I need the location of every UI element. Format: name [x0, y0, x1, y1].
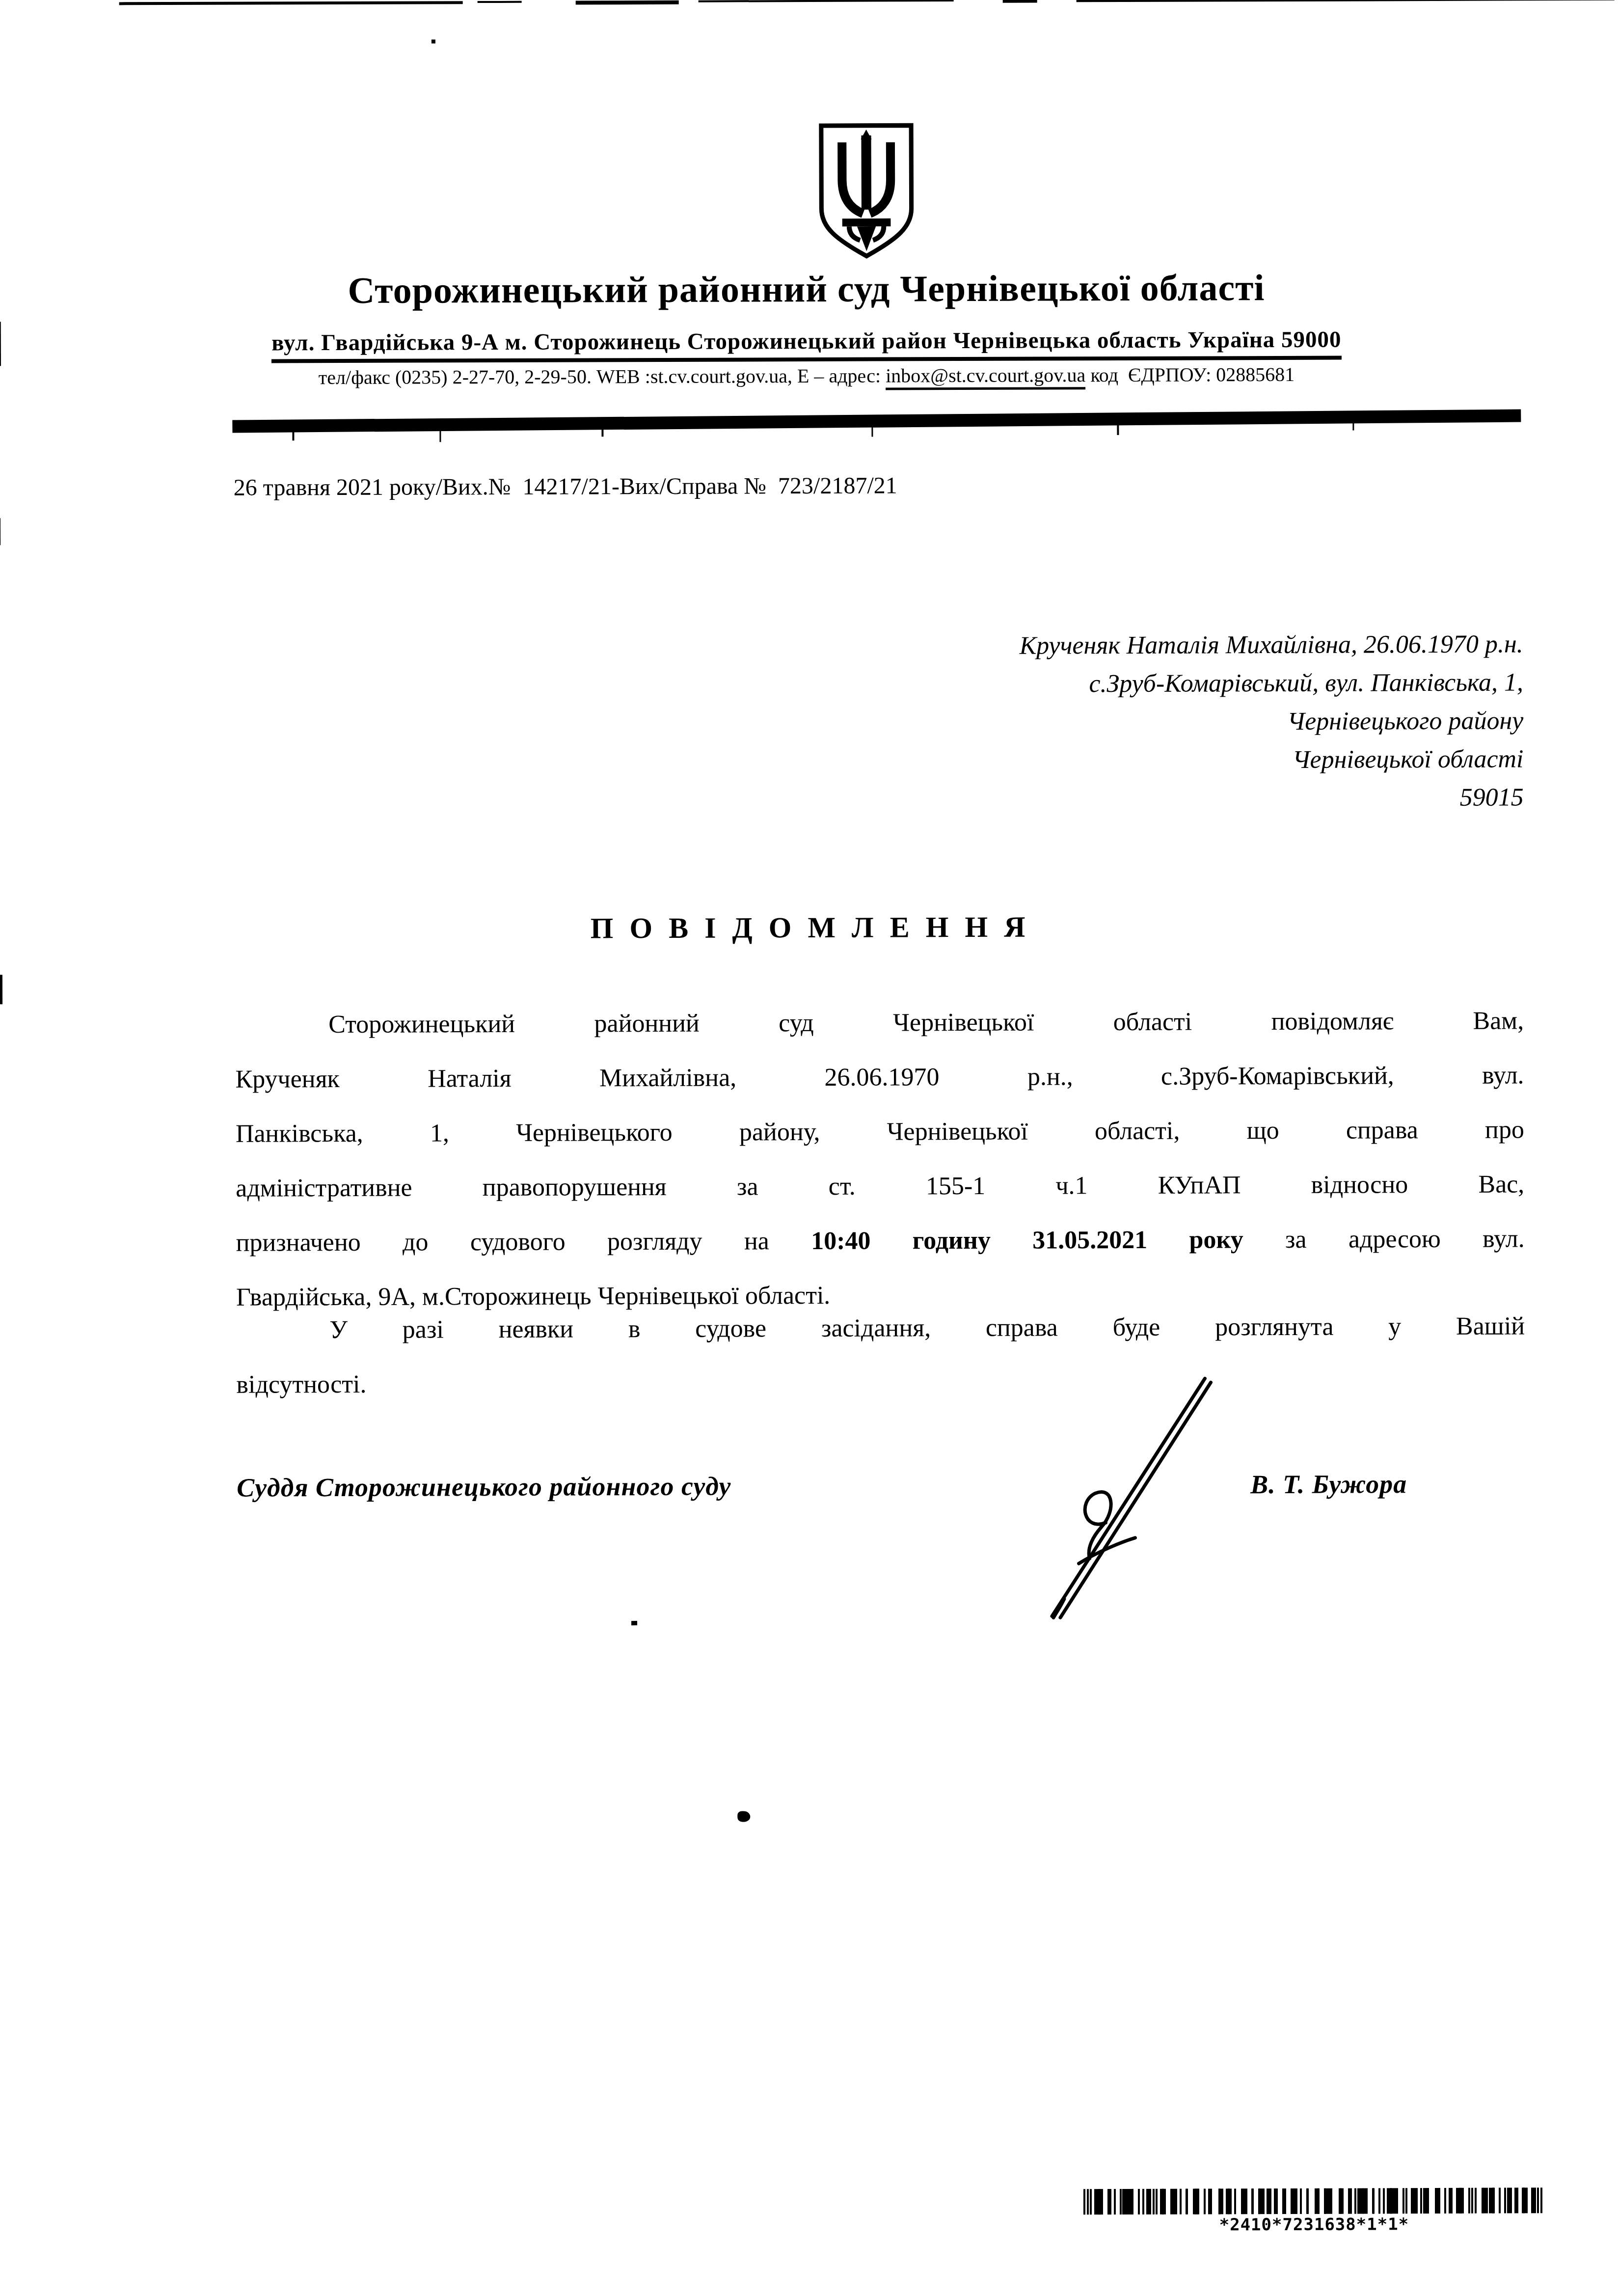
- scan-artifact: [631, 1621, 637, 1625]
- body-line: адміністративне правопорушення за ст. 15…: [236, 1157, 1524, 1215]
- contact-prefix: тел/факс (0235) 2-27-70, 2-29-50. WEB :s…: [319, 365, 886, 389]
- court-email: inbox@st.cv.court.gov.ua: [886, 364, 1085, 390]
- scan-artifact: [1117, 422, 1119, 435]
- body-line: У разі неявки в судове засідання, справа…: [236, 1299, 1525, 1357]
- scan-artifact: [0, 975, 2, 1004]
- body-paragraph-1: Сторожинецький районний суд Чернівецької…: [235, 993, 1525, 1324]
- letter-content: Сторожинецький районний суд Чернівецької…: [0, 0, 1618, 2296]
- body-line: Панківська, 1, Чернівецького району, Чер…: [236, 1102, 1524, 1161]
- scan-artifact: [576, 0, 679, 5]
- body-line: Крученяк Наталія Михайлівна, 26.06.1970 …: [235, 1048, 1524, 1106]
- body-line: відсутності.: [236, 1353, 1525, 1412]
- judge-signature-scrawl: [1004, 1367, 1236, 1621]
- barcode: [1083, 2187, 1545, 2214]
- court-address-line: вул. Гвардійська 9-А м. Сторожинець Стор…: [271, 327, 1342, 363]
- recipient-district-line: Чернівецького району: [1020, 702, 1523, 741]
- scan-artifact: [1352, 420, 1354, 431]
- body-line: Сторожинецький районний суд Чернівецької…: [235, 993, 1524, 1052]
- hearing-datetime: 10:40 годину 31.05.2021 року: [811, 1226, 1243, 1255]
- notice-title: П О В І Д О М Л Е Н Н Я: [0, 908, 1618, 947]
- reference-number-line: 26 травня 2021 року/Вих.№ 14217/21-Вих/С…: [234, 472, 897, 501]
- ukraine-trident-icon: [814, 121, 918, 265]
- scan-artifact: [871, 425, 873, 437]
- scan-artifact: [119, 1, 463, 5]
- recipient-address-block: Крученяк Наталія Михайлівна, 26.06.1970 …: [1020, 625, 1524, 818]
- body-line-hearing-datetime: призначено до судового розгляду на 10:40…: [236, 1211, 1524, 1270]
- scan-artifact: [1077, 0, 1615, 2]
- barcode-block: *2410*7231638*1*1*: [1083, 2187, 1545, 2235]
- court-contact-line: тел/факс (0235) 2-27-70, 2-29-50. WEB :s…: [0, 362, 1616, 390]
- hearing-line-prefix: призначено до судового розгляду на: [236, 1227, 811, 1257]
- scan-artifact: [1003, 0, 1037, 3]
- scan-artifact: [431, 39, 435, 43]
- court-name-title: Сторожинецький районний суд Чернівецької…: [0, 267, 1616, 313]
- header-divider-rule: [232, 410, 1521, 433]
- scan-artifact: [439, 428, 441, 442]
- scan-artifact: [292, 430, 294, 440]
- scan-artifact: [478, 1, 522, 3]
- recipient-street-line: с.Зруб-Комарівський, вул. Панківська, 1,: [1020, 663, 1523, 703]
- body-paragraph-2: У разі неявки в судове засідання, справа…: [236, 1299, 1525, 1412]
- scan-artifact: [0, 518, 0, 545]
- hearing-line-suffix: за адресою вул.: [1243, 1225, 1525, 1254]
- barcode-caption: *2410*7231638*1*1*: [1083, 2214, 1545, 2235]
- judge-name: В. Т. Бужора: [1250, 1469, 1407, 1500]
- scan-artifact: [737, 1811, 750, 1822]
- recipient-region-line: Чернівецької області: [1020, 740, 1523, 780]
- scanned-court-letter-page: Сторожинецький районний суд Чернівецької…: [0, 0, 1618, 2296]
- judge-role-label: Суддя Сторожинецького районного суду: [237, 1471, 731, 1503]
- recipient-postcode-line: 59015: [1020, 778, 1524, 818]
- scan-artifact: [601, 427, 603, 437]
- contact-suffix: код ЄДРПОУ: 02885681: [1085, 363, 1294, 386]
- scan-artifact: [699, 0, 954, 2]
- recipient-name-line: Крученяк Наталія Михайлівна, 26.06.1970 …: [1020, 625, 1523, 665]
